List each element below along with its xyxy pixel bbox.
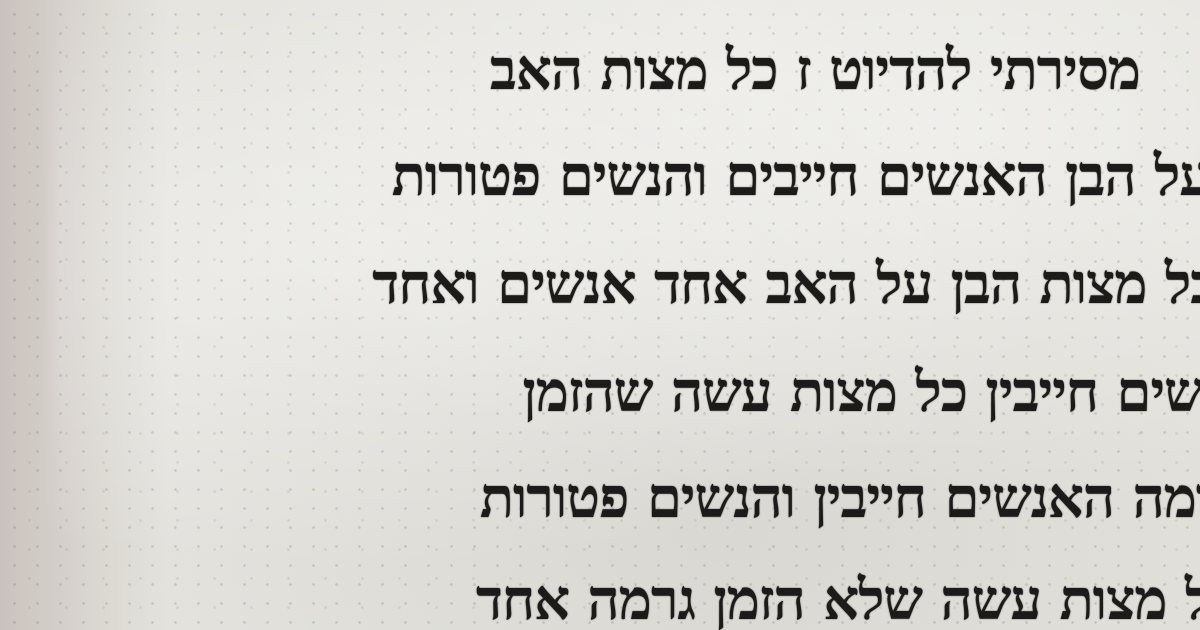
manuscript-line-6: וכל מצות עשה שלא הזמן גרמה אחד [476,572,1200,628]
manuscript-line-1: מסירתי להדיוט ז כל מצות האב [490,42,1140,98]
manuscript-line-4: נשים חייבין כל מצות עשה שהזמן [523,364,1200,420]
manuscript-line-5: גרמה האנשים חייבין והנשים פטורות [480,470,1200,526]
manuscript-page: מסירתי להדיוט ז כל מצות האב על הבן האנשי… [0,0,1200,630]
manuscript-line-3: וכל מצות הבן על האב אחד אנשים ואחד [372,256,1200,312]
manuscript-line-2: על הבן האנשים חייבים והנשים פטורות [392,148,1200,204]
